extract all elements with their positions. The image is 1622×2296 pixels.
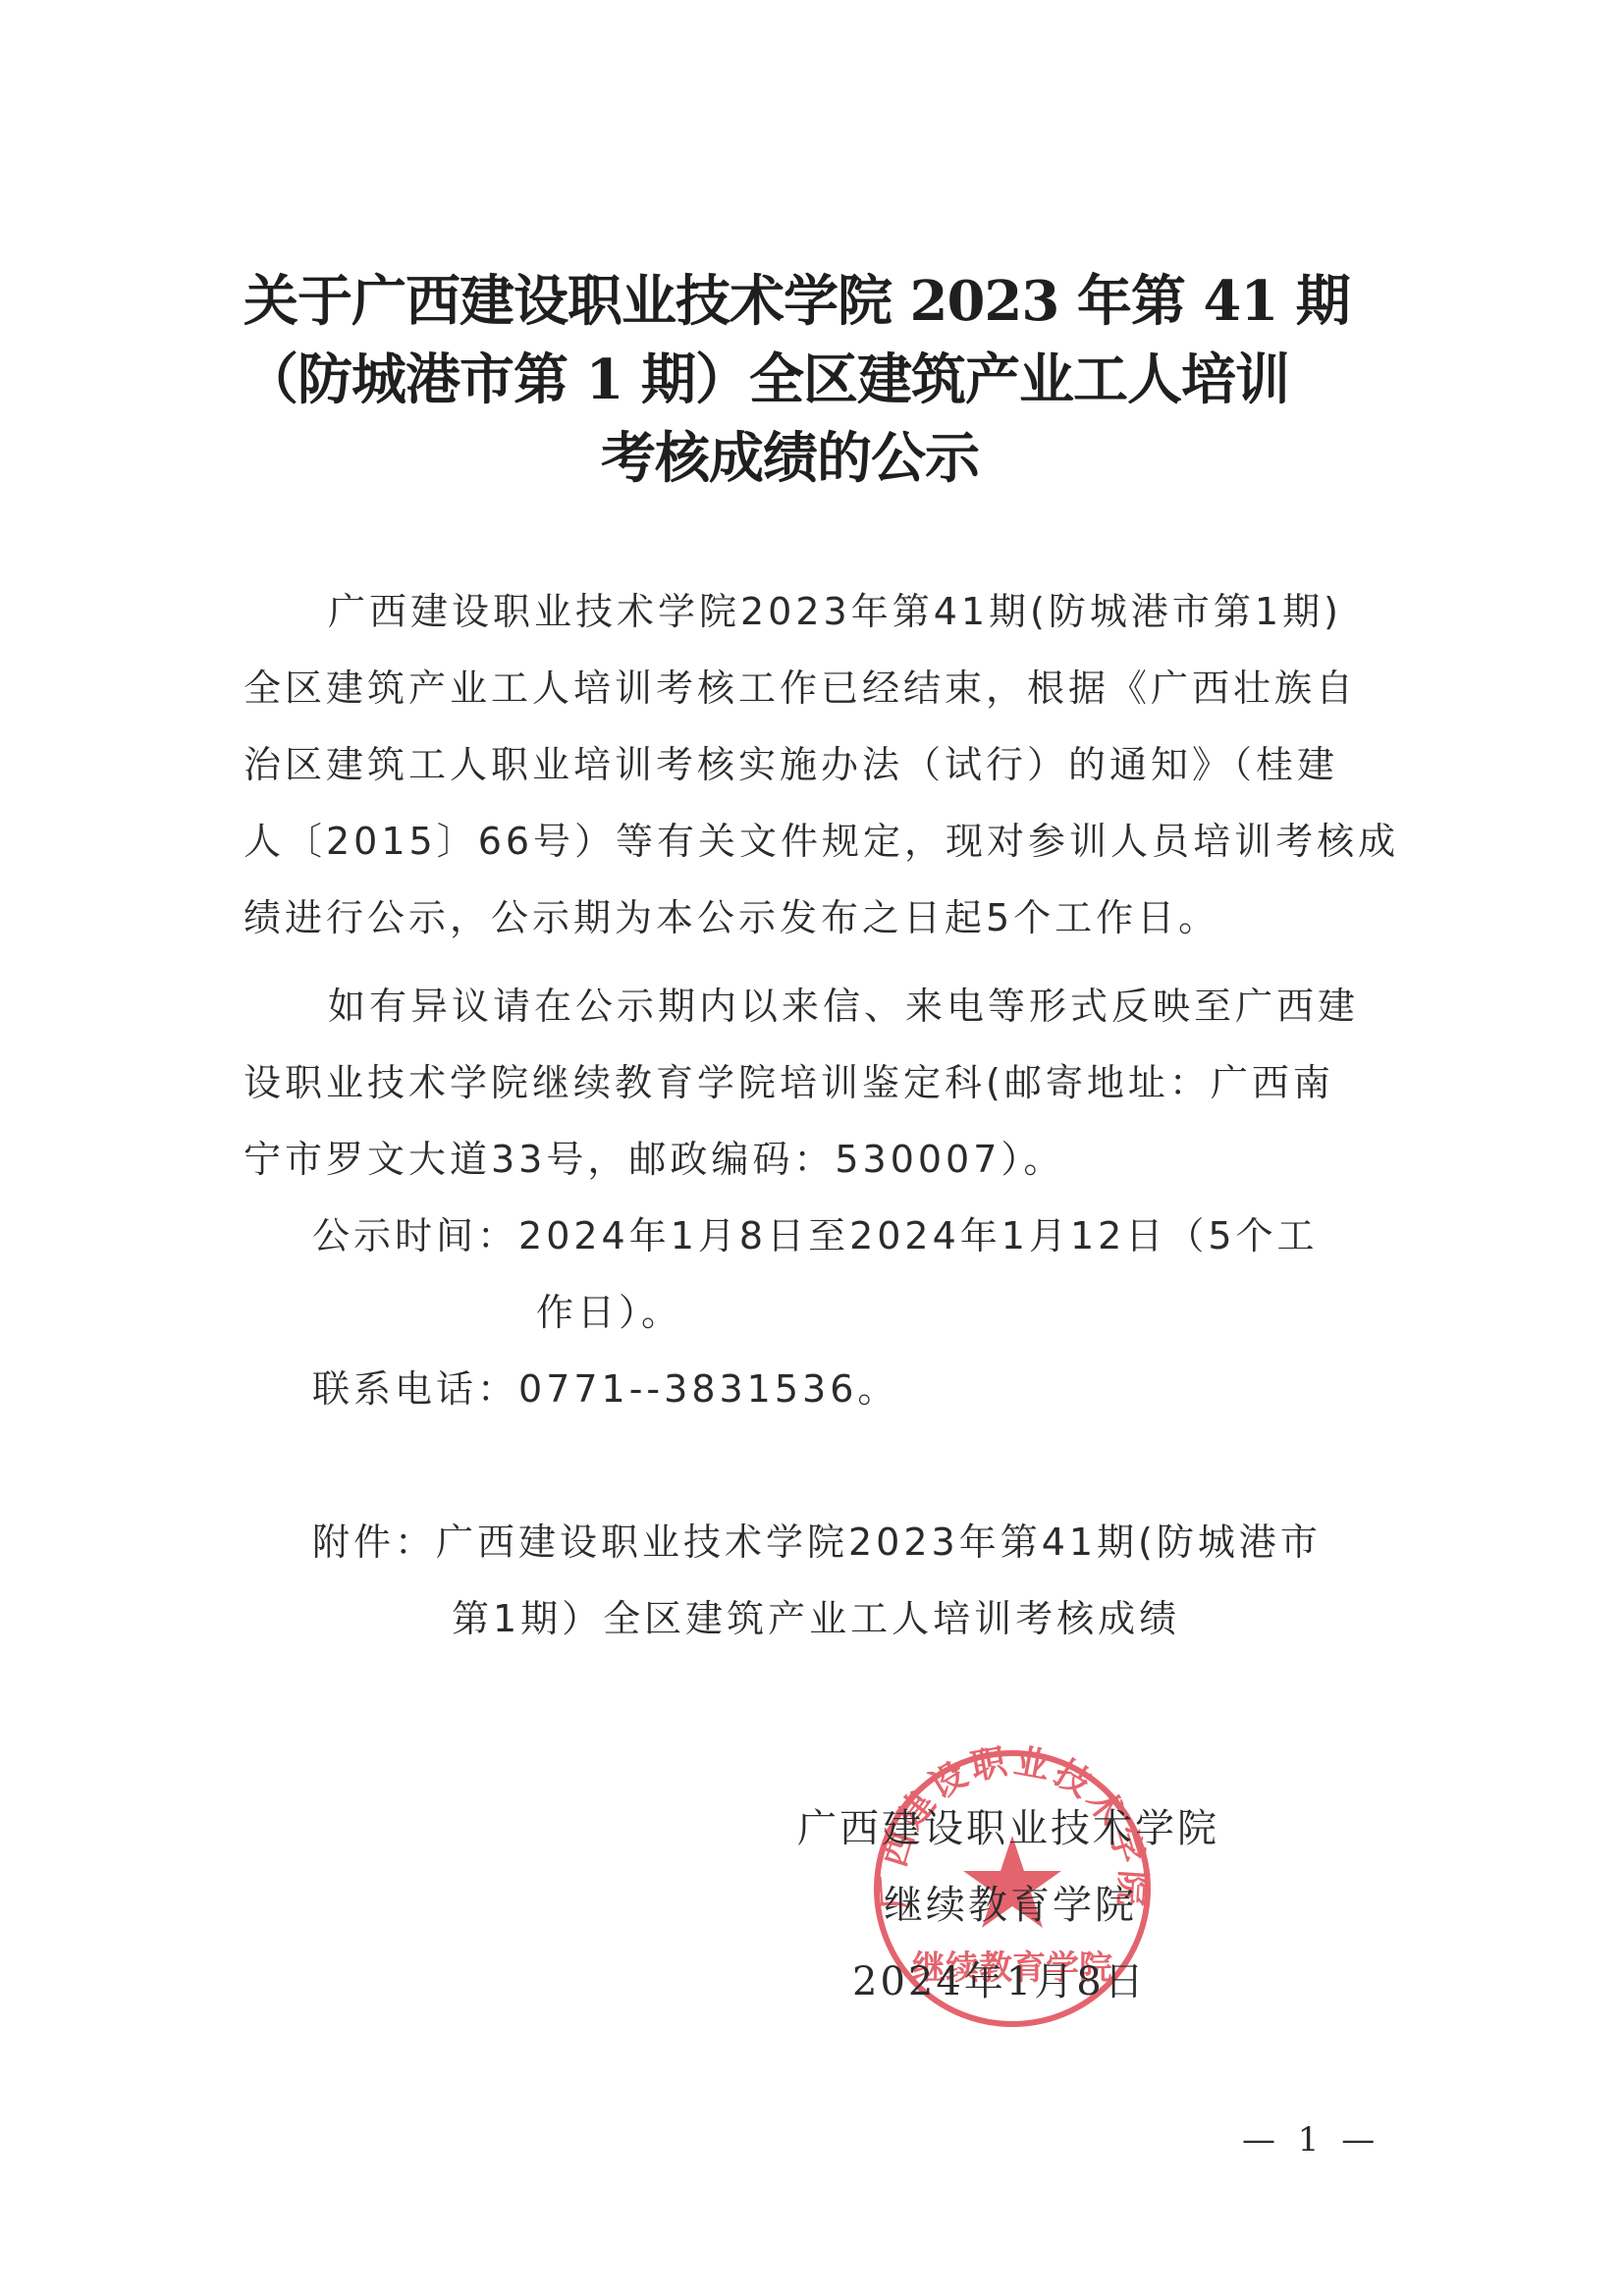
signature-organization: 广西建设职业技术学院 — [797, 1804, 1219, 1853]
paragraph-1-line-4: 人〔2015〕66号）等有关文件规定，现对参训人员培训考核成 — [243, 817, 1399, 866]
document-title-line-3: 考核成绩的公示 — [601, 424, 979, 493]
paragraph-2-line-1: 如有异议请在公示期内以来信、来电等形式反映至广西建 — [328, 982, 1359, 1031]
page-number: — 1 — — [1242, 2120, 1380, 2160]
notice-period-label: 公示时间： — [312, 1214, 518, 1257]
notice-period-continuation: 作日）。 — [536, 1288, 682, 1337]
signature-department: 继续教育学院 — [884, 1881, 1137, 1930]
contact-phone: 0771--3831536。 — [518, 1367, 898, 1411]
contact-label: 联系电话： — [312, 1367, 518, 1411]
attachment-line-1: 附件：广西建设职业技术学院2023年第41期(防城港市 — [312, 1518, 1322, 1567]
paragraph-1-line-2: 全区建筑产业工人培训考核工作已经结束，根据《广西壮族自 — [243, 664, 1357, 713]
document-title-line-2: （防城港市第 1 期）全区建筑产业工人培训 — [243, 346, 1289, 414]
document-title-line-1: 关于广西建设职业技术学院 2023 年第 41 期 — [243, 267, 1350, 336]
signature-date: 2024年1月8日 — [852, 1957, 1147, 2006]
notice-period-value: 2024年1月8日至2024年1月12日（5个工 — [518, 1214, 1318, 1257]
paragraph-1-line-5: 绩进行公示，公示期为本公示发布之日起5个工作日。 — [243, 893, 1219, 942]
paragraph-2-line-3: 宁市罗文大道33号，邮政编码：530007）。 — [243, 1135, 1064, 1184]
attachment-line-2: 第1期）全区建筑产业工人培训考核成绩 — [452, 1594, 1180, 1643]
paragraph-2-line-2: 设职业技术学院继续教育学院培训鉴定科(邮寄地址：广西南 — [243, 1058, 1334, 1107]
paragraph-1-line-1: 广西建设职业技术学院2023年第41期(防城港市第1期) — [328, 587, 1342, 636]
paragraph-1-line-3: 治区建筑工人职业培训考核实施办法（试行）的通知》（桂建 — [243, 740, 1338, 789]
contact-row: 联系电话：0771--3831536。 — [312, 1364, 898, 1414]
notice-period-row: 公示时间：2024年1月8日至2024年1月12日（5个工 — [312, 1211, 1319, 1260]
document-page: 关于广西建设职业技术学院 2023 年第 41 期 （防城港市第 1 期）全区建… — [0, 0, 1622, 2296]
